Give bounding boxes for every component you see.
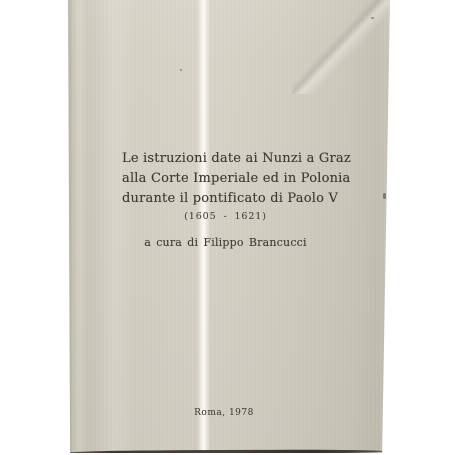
cover-editor-line: a cura di Filippo Brancucci bbox=[122, 237, 329, 249]
cover-imprint: Roma, 1978 bbox=[68, 408, 380, 418]
paper-speck bbox=[371, 17, 374, 19]
edge-nick bbox=[383, 193, 386, 199]
cover-title-line-2: alla Corte Imperiale ed in Polonia bbox=[122, 172, 329, 185]
soft-sheen-band bbox=[94, 0, 134, 453]
cover-title-line-1: Le istruzioni date ai Nunzi a Graz bbox=[122, 152, 329, 165]
photo-background: Le istruzioni date ai Nunzi a Graz alla … bbox=[0, 0, 455, 455]
cover-title-line-3: durante il pontificato di Paolo V bbox=[122, 192, 329, 205]
cover-subtitle-years: (1605 - 1621) bbox=[122, 212, 329, 222]
light-reflection-stripe bbox=[197, 0, 210, 453]
paper-speck bbox=[180, 69, 182, 71]
corner-crease bbox=[292, 0, 402, 94]
book-cover: Le istruzioni date ai Nunzi a Graz alla … bbox=[68, 0, 390, 453]
